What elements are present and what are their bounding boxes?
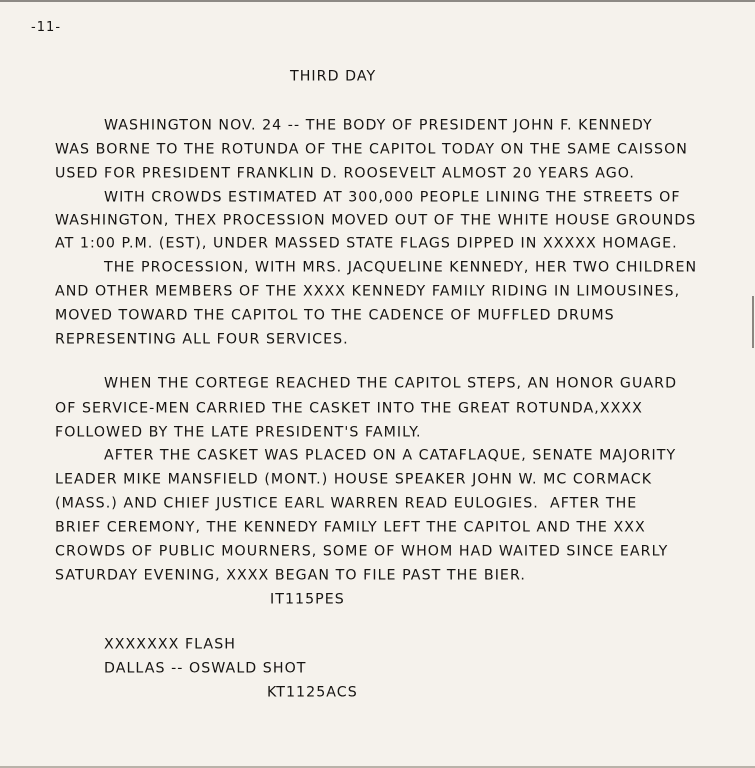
signoff-code-1: IT115PES — [270, 590, 345, 608]
page-edge-mark — [752, 296, 754, 348]
paragraph-1-line-2: WAS BORNE TO THE ROTUNDA OF THE CAPITOL … — [55, 140, 688, 158]
paragraph-1-line-3: USED FOR PRESIDENT FRANKLIN D. ROOSEVELT… — [55, 164, 635, 182]
paragraph-2-line-3: AT 1:00 P.M. (EST), UNDER MASSED STATE F… — [55, 234, 678, 252]
paragraph-5-line-6: SATURDAY EVENING, XXXX BEGAN TO FILE PAS… — [55, 566, 526, 584]
flash-text: DALLAS -- OSWALD SHOT — [104, 659, 307, 677]
paragraph-2-line-2: WASHINGTON, THEX PROCESSION MOVED OUT OF… — [55, 211, 696, 229]
paragraph-3-line-3: MOVED TOWARD THE CAPITOL TO THE CADENCE … — [55, 306, 615, 324]
flash-header: XXXXXXX FLASH — [104, 635, 236, 653]
page-top-edge — [0, 0, 755, 2]
paragraph-5-line-2: LEADER MIKE MANSFIELD (MONT.) HOUSE SPEA… — [55, 470, 652, 488]
paragraph-5-line-1: AFTER THE CASKET WAS PLACED ON A CATAFLA… — [104, 446, 676, 464]
paragraph-4-line-3: FOLLOWED BY THE LATE PRESIDENT'S FAMILY. — [55, 423, 422, 441]
paragraph-2-line-1: WITH CROWDS ESTIMATED AT 300,000 PEOPLE … — [104, 188, 681, 206]
signoff-code-2: KT1125ACS — [267, 683, 358, 701]
paragraph-5-line-5: CROWDS OF PUBLIC MOURNERS, SOME OF WHOM … — [55, 542, 668, 560]
paragraph-5-line-4: BRIEF CEREMONY, THE KENNEDY FAMILY LEFT … — [55, 518, 646, 536]
paragraph-3-line-2: AND OTHER MEMBERS OF THE XXXX KENNEDY FA… — [55, 282, 680, 300]
paragraph-4-line-2: OF SERVICE-MEN CARRIED THE CASKET INTO T… — [55, 399, 643, 417]
paragraph-5-line-3: (MASS.) AND CHIEF JUSTICE EARL WARREN RE… — [55, 494, 637, 512]
paragraph-3-line-1: THE PROCESSION, WITH MRS. JACQUELINE KEN… — [104, 258, 697, 276]
document-title: THIRD DAY — [290, 67, 376, 85]
document-page: -11- THIRD DAY WASHINGTON NOV. 24 -- THE… — [0, 0, 755, 768]
paragraph-3-line-4: REPRESENTING ALL FOUR SERVICES. — [55, 330, 349, 348]
page-number: -11- — [31, 19, 61, 37]
paragraph-4-line-1: WHEN THE CORTEGE REACHED THE CAPITOL STE… — [104, 374, 677, 392]
paragraph-1-line-1: WASHINGTON NOV. 24 -- THE BODY OF PRESID… — [104, 116, 653, 134]
